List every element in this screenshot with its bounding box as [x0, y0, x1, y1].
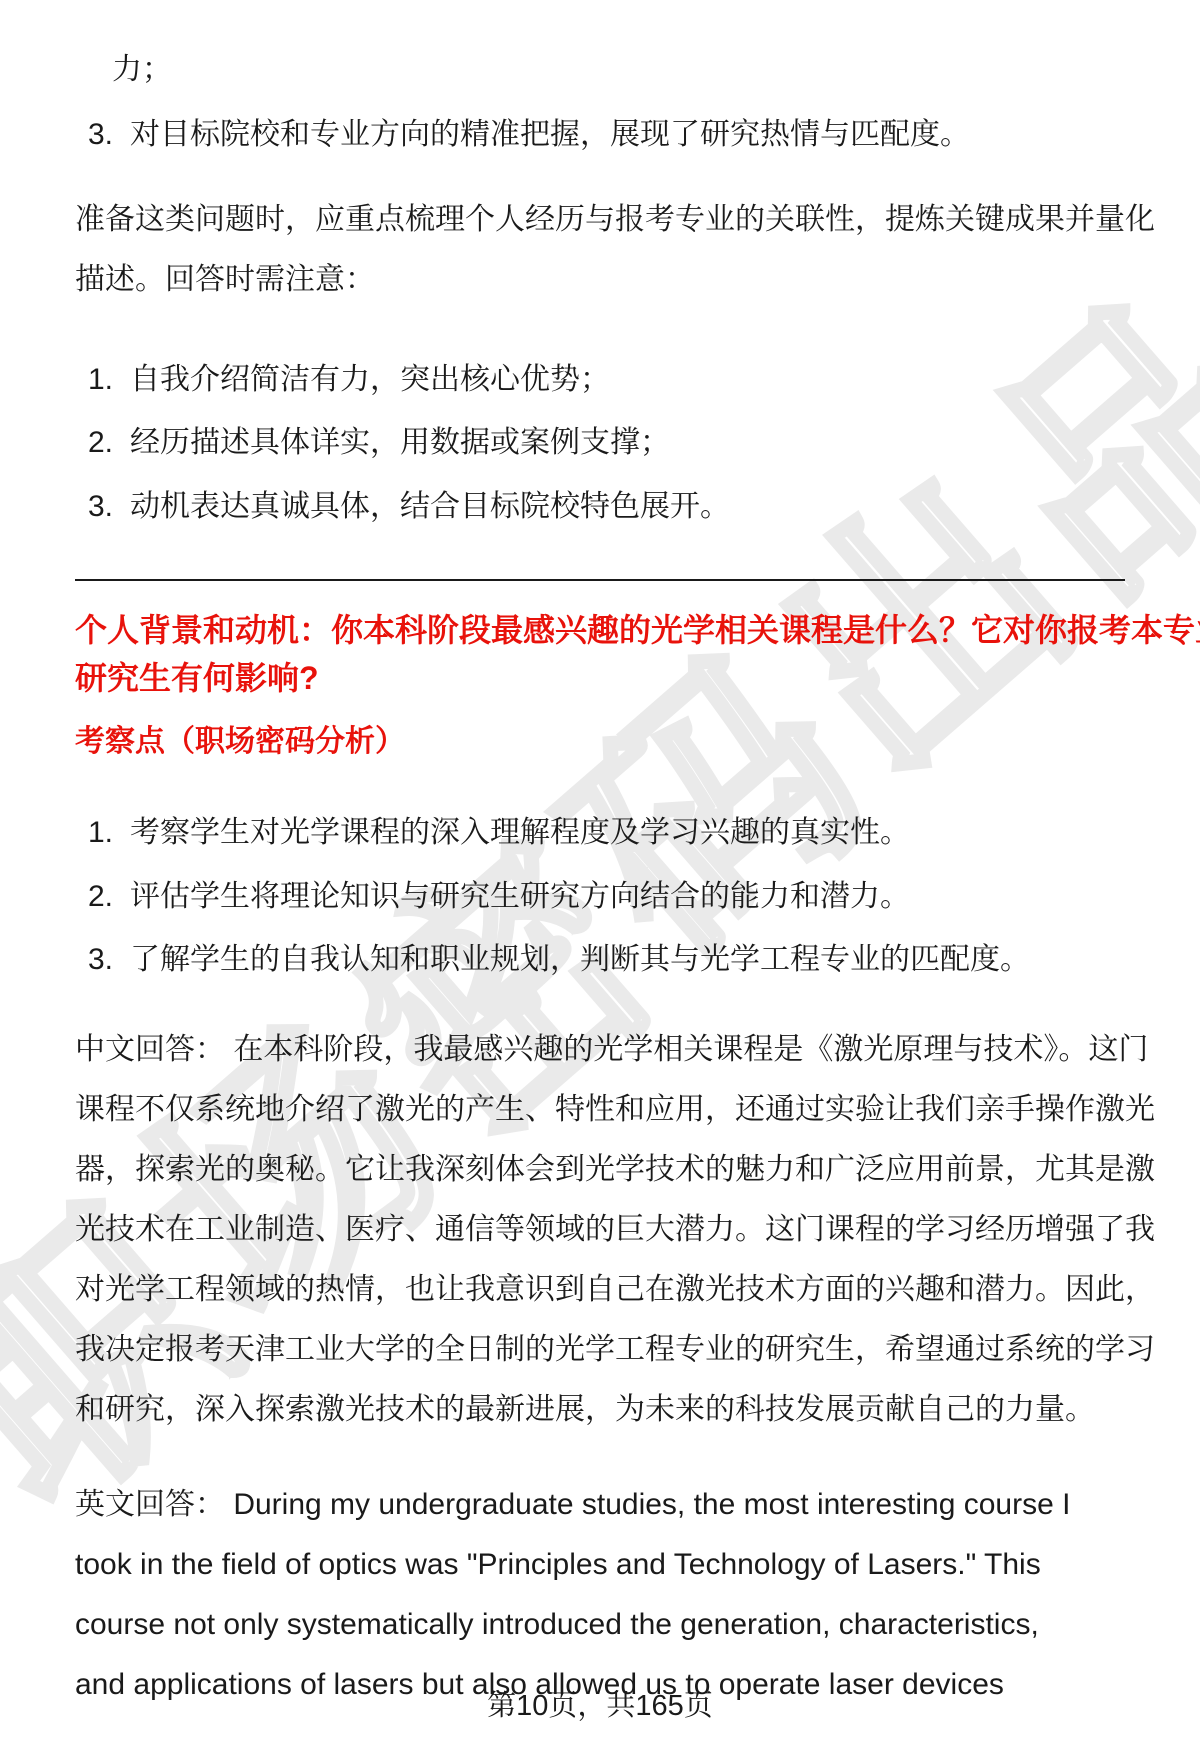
list-item: 1.考察学生对光学课程的深入理解程度及学习兴趣的真实性。 — [88, 813, 910, 853]
paragraph-line: 对光学工程领域的热情，也让我意识到自己在激光技术方面的兴趣和潜力。因此， — [75, 1260, 1155, 1320]
preparation-paragraph: 准备这类问题时，应重点梳理个人经历与报考专业的关联性，提炼关键成果并量化 描述。… — [75, 190, 1155, 310]
list-item: 2.评估学生将理论知识与研究生研究方向结合的能力和潜力。 — [88, 877, 910, 917]
carryover-text-line: 力； — [112, 50, 172, 90]
paragraph-line: 光技术在工业制造、医疗、通信等领域的巨大潜力。这门课程的学习经历增强了我 — [75, 1200, 1155, 1260]
paragraph-line: 描述。回答时需注意： — [75, 250, 1155, 310]
list-item-text: 评估学生将理论知识与研究生研究方向结合的能力和潜力。 — [130, 880, 910, 913]
list-item: 1.自我介绍简洁有力，突出核心优势； — [88, 360, 610, 400]
page-number-footer: 第10页，共165页 — [0, 1686, 1200, 1726]
list-item-text: 对目标院校和专业方向的精准把握，展现了研究热情与匹配度。 — [130, 118, 970, 151]
list-item-number: 2. — [88, 423, 130, 463]
paragraph-line: 中文回答： 在本科阶段，我最感兴趣的光学相关课程是《激光原理与技术》。这门 — [75, 1020, 1155, 1080]
question-title: 个人背景和动机：你本科阶段最感兴趣的光学相关课程是什么？它对你报考本专业 研究生… — [75, 606, 1200, 702]
list-item-number: 3. — [88, 487, 130, 527]
chinese-answer-paragraph: 中文回答： 在本科阶段，我最感兴趣的光学相关课程是《激光原理与技术》。这门 课程… — [75, 1020, 1155, 1440]
list-item: 3.了解学生的自我认知和职业规划，判断其与光学工程专业的匹配度。 — [88, 940, 1030, 980]
question-title-line: 个人背景和动机：你本科阶段最感兴趣的光学相关课程是什么？它对你报考本专业 — [75, 606, 1200, 654]
paragraph-line: course not only systematically introduce… — [75, 1595, 1070, 1655]
paragraph-line: 英文回答： During my undergraduate studies, t… — [75, 1475, 1070, 1535]
list-item-number: 1. — [88, 813, 130, 853]
english-answer-paragraph: 英文回答： During my undergraduate studies, t… — [75, 1475, 1070, 1715]
list-item-text: 考察学生对光学课程的深入理解程度及学习兴趣的真实性。 — [130, 816, 910, 849]
paragraph-line: took in the field of optics was "Princip… — [75, 1535, 1070, 1595]
question-title-line: 研究生有何影响? — [75, 654, 1200, 702]
list-item-text: 了解学生的自我认知和职业规划，判断其与光学工程专业的匹配度。 — [130, 943, 1030, 976]
list-item-text: 自我介绍简洁有力，突出核心优势； — [130, 363, 610, 396]
list-item: 3.对目标院校和专业方向的精准把握，展现了研究热情与匹配度。 — [88, 115, 970, 155]
paragraph-line: 和研究，深入探索激光技术的最新进展，为未来的科技发展贡献自己的力量。 — [75, 1380, 1155, 1440]
paragraph-line: 器，探索光的奥秘。它让我深刻体会到光学技术的魅力和广泛应用前景，尤其是激 — [75, 1140, 1155, 1200]
list-item-number: 2. — [88, 877, 130, 917]
section-divider — [75, 579, 1125, 581]
document-page: 职场密码出品 力； 3.对目标院校和专业方向的精准把握，展现了研究热情与匹配度。… — [0, 0, 1200, 1755]
paragraph-line: 准备这类问题时，应重点梳理个人经历与报考专业的关联性，提炼关键成果并量化 — [75, 190, 1155, 250]
paragraph-line: 我决定报考天津工业大学的全日制的光学工程专业的研究生，希望通过系统的学习 — [75, 1320, 1155, 1380]
page-content: 力； 3.对目标院校和专业方向的精准把握，展现了研究热情与匹配度。 准备这类问题… — [0, 0, 1200, 1755]
list-item-text: 动机表达真诚具体，结合目标院校特色展开。 — [130, 490, 730, 523]
list-item-number: 1. — [88, 360, 130, 400]
list-item-number: 3. — [88, 115, 130, 155]
paragraph-line: 课程不仅系统地介绍了激光的产生、特性和应用，还通过实验让我们亲手操作激光 — [75, 1080, 1155, 1140]
list-item-text: 经历描述具体详实，用数据或案例支撑； — [130, 426, 670, 459]
list-item-number: 3. — [88, 940, 130, 980]
list-item: 2.经历描述具体详实，用数据或案例支撑； — [88, 423, 670, 463]
list-item: 3.动机表达真诚具体，结合目标院校特色展开。 — [88, 487, 730, 527]
question-subheading: 考察点（职场密码分析） — [75, 722, 405, 762]
